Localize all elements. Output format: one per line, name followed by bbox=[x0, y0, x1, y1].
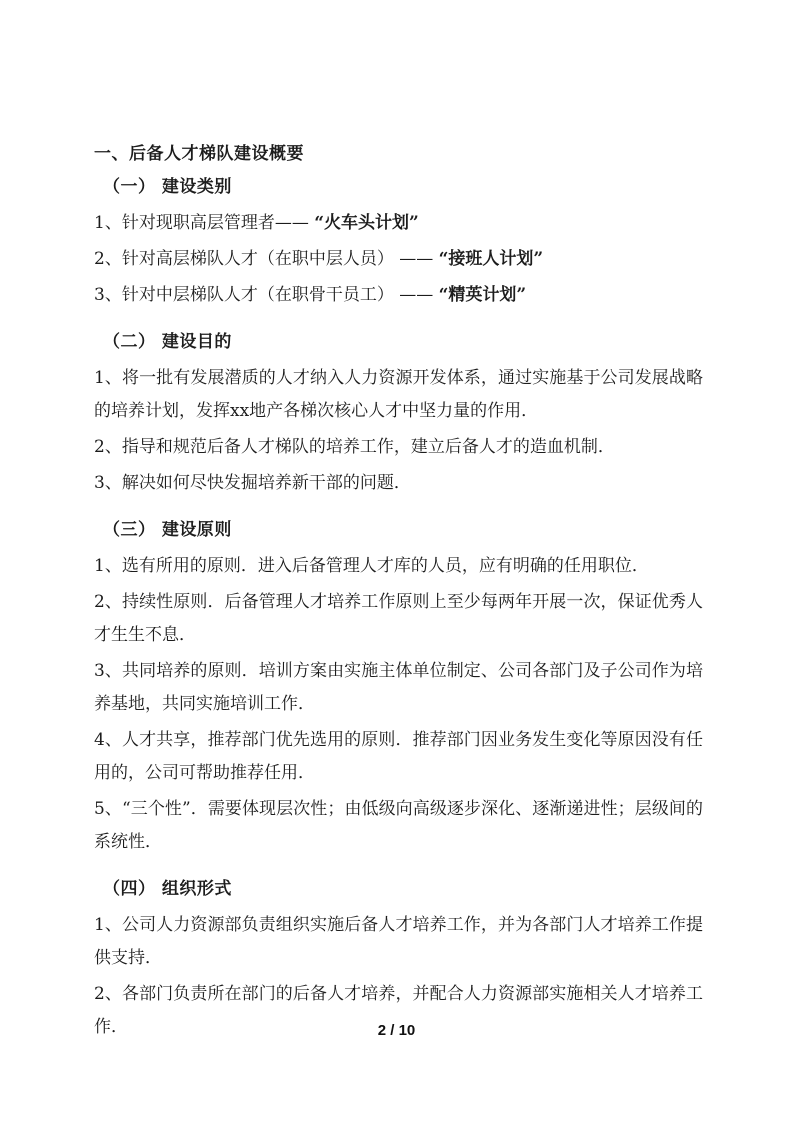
document-page: 一、后备人才梯队建设概要 （一） 建设类别 1、针对现职高层管理者—— “火车头… bbox=[0, 0, 793, 1122]
section-construction-principles: （三） 建设原则 1、选有所用的原则．进入后备管理人才库的人员，应有明确的任用职… bbox=[94, 514, 703, 859]
list-item: 2、指导和规范后备人才梯队的培养工作，建立后备人才的造血机制． bbox=[94, 431, 703, 464]
list-item: 2、针对高层梯队人才（在职中层人员） —— “接班人计划” bbox=[94, 243, 703, 276]
list-item: 1、针对现职高层管理者—— “火车头计划” bbox=[94, 207, 703, 240]
list-item: 1、公司人力资源部负责组织实施后备人才培养工作，并为各部门人才培养工作提供支持． bbox=[94, 909, 703, 975]
document-content: 一、后备人才梯队建设概要 （一） 建设类别 1、针对现职高层管理者—— “火车头… bbox=[0, 0, 793, 1044]
plan-name-bold: “火车头计划” bbox=[314, 213, 419, 233]
list-item: 5、“三个性”．需要体现层次性；由低级向高级逐步深化、逐渐递进性；层级间的系统性… bbox=[94, 793, 703, 859]
doc-title: 一、后备人才梯队建设概要 bbox=[94, 138, 703, 171]
list-item-text: 2、针对高层梯队人才（在职中层人员） —— bbox=[94, 249, 439, 269]
list-item: 2、持续性原则．后备管理人才培养工作原则上至少每两年开展一次，保证优秀人才生生不… bbox=[94, 586, 703, 652]
section-construction-purpose: （二） 建设目的 1、将一批有发展潜质的人才纳入人力资源开发体系，通过实施基于公… bbox=[94, 326, 703, 500]
list-item: 4、人才共享，推荐部门优先选用的原则．推荐部门因业务发生变化等原因没有任用的，公… bbox=[94, 724, 703, 790]
section-heading: （四） 组织形式 bbox=[94, 873, 703, 906]
section-organization-form: （四） 组织形式 1、公司人力资源部负责组织实施后备人才培养工作，并为各部门人才… bbox=[94, 873, 703, 1044]
plan-name-bold: “接班人计划” bbox=[439, 249, 544, 269]
list-item-text: 1、针对现职高层管理者—— bbox=[94, 213, 314, 233]
plan-name-bold: “精英计划” bbox=[439, 285, 527, 305]
section-heading: （三） 建设原则 bbox=[94, 514, 703, 547]
list-item: 1、将一批有发展潜质的人才纳入人力资源开发体系，通过实施基于公司发展战略的培养计… bbox=[94, 362, 703, 428]
list-item: 3、针对中层梯队人才（在职骨干员工） —— “精英计划” bbox=[94, 279, 703, 312]
list-item: 3、共同培养的原则．培训方案由实施主体单位制定、公司各部门及子公司作为培养基地，… bbox=[94, 655, 703, 721]
section-heading: （一） 建设类别 bbox=[94, 171, 703, 204]
list-item: 3、解决如何尽快发掘培养新干部的问题． bbox=[94, 467, 703, 500]
list-item-text: 3、针对中层梯队人才（在职骨干员工） —— bbox=[94, 285, 439, 305]
section-heading: （二） 建设目的 bbox=[94, 326, 703, 359]
list-item: 1、选有所用的原则．进入后备管理人才库的人员，应有明确的任用职位． bbox=[94, 550, 703, 583]
section-construction-categories: （一） 建设类别 1、针对现职高层管理者—— “火车头计划” 2、针对高层梯队人… bbox=[94, 171, 703, 312]
page-footer: 2 / 10 bbox=[0, 1022, 793, 1039]
